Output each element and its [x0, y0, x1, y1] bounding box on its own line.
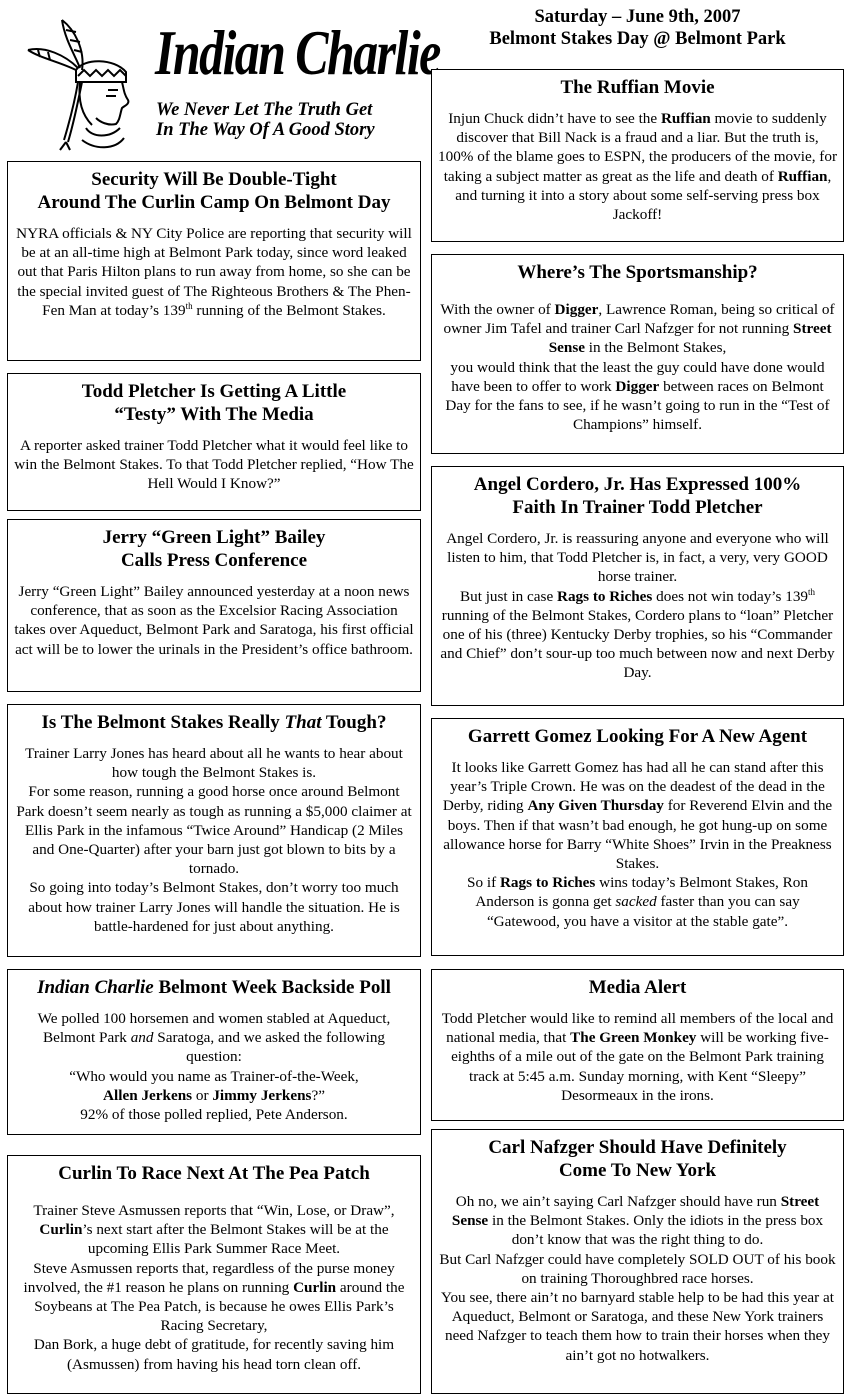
article-curlin: Curlin To Race Next At The Pea Patch Tra… [7, 1155, 421, 1394]
article-body: Trainer Steve Asmussen reports that “Win… [14, 1201, 414, 1374]
tagline-line-1: We Never Let The Truth Get [156, 100, 375, 120]
masthead: Indian Charlie We Never Let The Truth Ge… [0, 0, 430, 158]
article-headline: Jerry “Green Light” Bailey Calls Press C… [14, 526, 414, 572]
article-headline: Media Alert [438, 976, 837, 999]
newsletter-title: Indian Charlie [155, 18, 440, 88]
article-body: Trainer Larry Jones has heard about all … [14, 744, 414, 936]
tagline: We Never Let The Truth Get In The Way Of… [156, 100, 375, 140]
article-sportsmanship: Where’s The Sportsmanship? With the owne… [431, 254, 844, 454]
article-headline: Where’s The Sportsmanship? [438, 261, 837, 284]
article-body: A reporter asked trainer Todd Pletcher w… [14, 436, 414, 494]
article-body: NYRA officials & NY City Police are repo… [14, 224, 414, 320]
article-body: Oh no, we ain’t saying Carl Nafzger shou… [438, 1192, 837, 1365]
article-body: Todd Pletcher would like to remind all m… [438, 1009, 837, 1105]
article-nafzger: Carl Nafzger Should Have Definitely Come… [431, 1129, 844, 1394]
article-body: It looks like Garrett Gomez has had all … [438, 758, 837, 931]
article-headline: Security Will Be Double-Tight Around The… [14, 168, 414, 214]
tagline-line-2: In The Way Of A Good Story [156, 120, 375, 140]
article-security: Security Will Be Double-Tight Around The… [7, 161, 421, 361]
article-body: We polled 100 horsemen and women stabled… [14, 1009, 414, 1124]
article-headline: Angel Cordero, Jr. Has Expressed 100% Fa… [438, 473, 837, 519]
article-pletcher-testy: Todd Pletcher Is Getting A Little “Testy… [7, 373, 421, 511]
article-body: Angel Cordero, Jr. is reassuring anyone … [438, 529, 837, 683]
article-gomez: Garrett Gomez Looking For A New Agent It… [431, 718, 844, 956]
dateline: Saturday – June 9th, 2007 Belmont Stakes… [431, 6, 844, 50]
article-headline: Todd Pletcher Is Getting A Little “Testy… [14, 380, 414, 426]
article-headline: Is The Belmont Stakes Really That Tough? [14, 711, 414, 734]
article-headline: Curlin To Race Next At The Pea Patch [14, 1162, 414, 1185]
article-ruffian-movie: The Ruffian Movie Injun Chuck didn’t hav… [431, 69, 844, 242]
article-belmont-tough: Is The Belmont Stakes Really That Tough?… [7, 704, 421, 957]
article-media-alert: Media Alert Todd Pletcher would like to … [431, 969, 844, 1121]
date-text: Saturday – June 9th, 2007 [431, 6, 844, 28]
article-cordero: Angel Cordero, Jr. Has Expressed 100% Fa… [431, 466, 844, 706]
article-backside-poll: Indian Charlie Belmont Week Backside Pol… [7, 969, 421, 1135]
article-body: With the owner of Digger, Lawrence Roman… [438, 300, 837, 434]
event-text: Belmont Stakes Day @ Belmont Park [431, 28, 844, 50]
article-headline: Carl Nafzger Should Have Definitely Come… [438, 1136, 837, 1182]
article-headline: Indian Charlie Belmont Week Backside Pol… [14, 976, 414, 999]
article-headline: The Ruffian Movie [438, 76, 837, 99]
article-body: Jerry “Green Light” Bailey announced yes… [14, 582, 414, 659]
article-body: Injun Chuck didn’t have to see the Ruffi… [438, 109, 837, 224]
article-headline: Garrett Gomez Looking For A New Agent [438, 725, 837, 748]
article-bailey: Jerry “Green Light” Bailey Calls Press C… [7, 519, 421, 692]
indian-head-logo-icon [20, 10, 130, 152]
